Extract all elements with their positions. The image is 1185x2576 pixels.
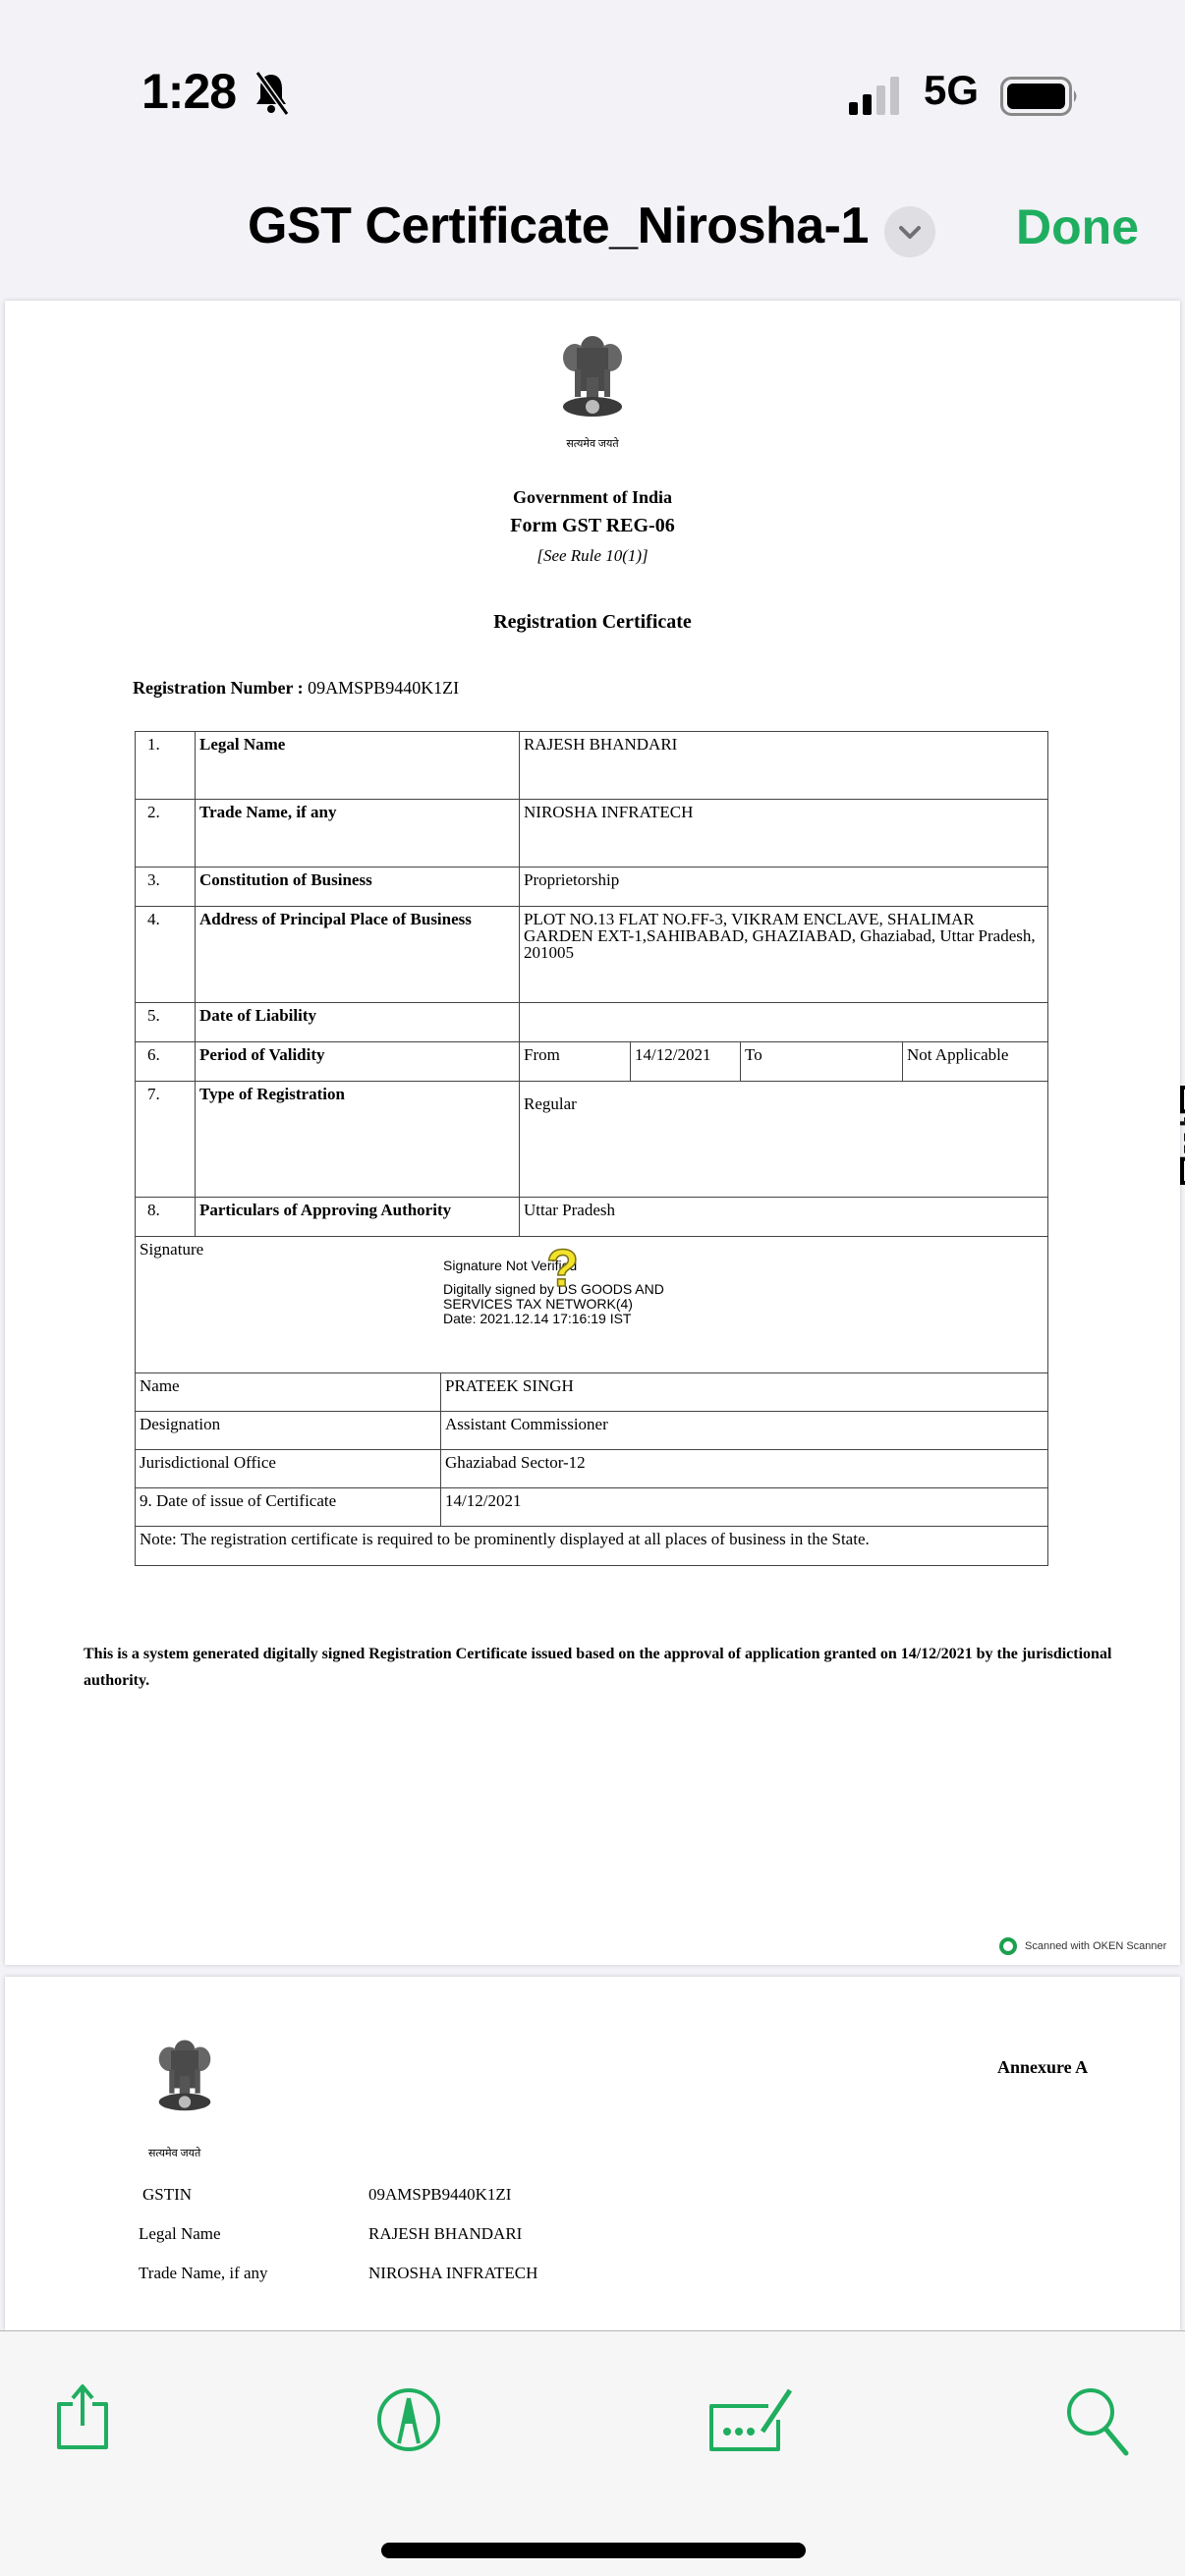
emblem-motto: सत्यमेव जयते	[148, 2146, 200, 2160]
row-label: Type of Registration	[196, 1082, 520, 1198]
national-emblem-icon	[150, 2034, 219, 2122]
table-row: 3. Constitution of Business Proprietorsh…	[136, 868, 1048, 907]
table-row: Note: The registration certificate is re…	[136, 1527, 1048, 1566]
trade-name-value: NIROSHA INFRATECH	[520, 800, 1048, 868]
table-row: Designation Assistant Commissioner	[136, 1412, 1048, 1450]
legal-name-value: RAJESH BHANDARI	[368, 2224, 522, 2244]
row-number: 6.	[136, 1042, 196, 1082]
validity-to-label: To	[741, 1042, 903, 1082]
row-label: Address of Principal Place of Business	[196, 907, 520, 1003]
system-generated-note: This is a system generated digitally sig…	[84, 1641, 1115, 1694]
row-number: 1.	[136, 732, 196, 800]
row-label: Date of Liability	[196, 1003, 520, 1042]
registration-type-value: Regular	[524, 1086, 1044, 1112]
trade-name-label: Trade Name, if any	[139, 2264, 268, 2283]
chevron-down-icon	[898, 222, 922, 242]
pdf-page-2[interactable]: सत्यमेव जयते Annexure A GSTIN 09AMSPB944…	[5, 1977, 1180, 2330]
signature-line-3: Date: 2021.12.14 17:16:19 IST	[443, 1312, 631, 1326]
table-row: 6. Period of Validity From 14/12/2021 To…	[136, 1042, 1048, 1082]
table-row: 7. Type of Registration Regular	[136, 1082, 1048, 1198]
trade-name-value: NIROSHA INFRATECH	[368, 2264, 537, 2283]
table-row: 4. Address of Principal Place of Busines…	[136, 907, 1048, 1003]
signature-row: Signature Signature Not Verified Digital…	[136, 1237, 1048, 1372]
row-number: 2.	[136, 800, 196, 868]
clock: 1:28	[141, 63, 236, 120]
title-menu-button[interactable]	[884, 206, 935, 257]
signature-line-2: SERVICES TAX NETWORK(4)	[443, 1297, 633, 1312]
row-number: 5.	[136, 1003, 196, 1042]
oken-scanner-logo-icon	[999, 1937, 1017, 1955]
gstin-label: GSTIN	[142, 2185, 192, 2205]
display-note: Note: The registration certificate is re…	[136, 1527, 1048, 1566]
rule-reference: [See Rule 10(1)]	[5, 546, 1180, 566]
validity-to-value: Not Applicable	[903, 1042, 1048, 1082]
signature-icon[interactable]	[705, 2386, 800, 2453]
share-icon[interactable]	[51, 2380, 114, 2451]
government-heading: Government of India	[5, 487, 1180, 508]
validity-from-value: 14/12/2021	[631, 1042, 741, 1082]
table-row: 2. Trade Name, if any NIROSHA INFRATECH	[136, 800, 1048, 868]
registration-type-cell: Regular	[520, 1082, 1048, 1198]
officer-table: Name PRATEEK SINGH Designation Assistant…	[135, 1373, 1048, 1567]
officer-label: 9. Date of issue of Certificate	[136, 1488, 441, 1527]
row-label: Constitution of Business	[196, 868, 520, 907]
officer-label: Jurisdictional Office	[136, 1450, 441, 1488]
signature-unverified-icon[interactable]: ?	[546, 1260, 579, 1277]
designation-value: Assistant Commissioner	[441, 1412, 1048, 1450]
markup-pen-icon[interactable]	[375, 2386, 442, 2453]
table-row: 8. Particulars of Approving Authority Ut…	[136, 1198, 1048, 1237]
officer-label: Name	[136, 1373, 441, 1412]
pdf-page-1[interactable]: सत्यमेव जयते Government of India Form GS…	[5, 301, 1180, 1965]
status-bar: 1:28 5G	[0, 0, 1185, 187]
qr-code-icon[interactable]	[1180, 1086, 1185, 1185]
constitution-value: Proprietorship	[520, 868, 1048, 907]
issue-date-value: 14/12/2021	[441, 1488, 1048, 1527]
legal-name-value: RAJESH BHANDARI	[520, 732, 1048, 800]
form-heading: Form GST REG-06	[5, 515, 1180, 537]
jurisdiction-value: Ghaziabad Sector-12	[441, 1450, 1048, 1488]
table-row: Jurisdictional Office Ghaziabad Sector-1…	[136, 1450, 1048, 1488]
legal-name-label: Legal Name	[139, 2224, 221, 2244]
national-emblem-icon	[553, 330, 632, 428]
registration-number-value: 09AMSPB9440K1ZI	[308, 678, 459, 698]
bottom-toolbar	[0, 2330, 1185, 2576]
address-value: PLOT NO.13 FLAT NO.FF-3, VIKRAM ENCLAVE,…	[520, 907, 1048, 1003]
row-label: Particulars of Approving Authority	[196, 1198, 520, 1237]
officer-name-value: PRATEEK SINGH	[441, 1373, 1048, 1412]
signature-cell: Signature Signature Not Verified Digital…	[136, 1237, 1048, 1372]
cellular-signal-icon	[849, 77, 908, 116]
certificate-table: 1. Legal Name RAJESH BHANDARI 2. Trade N…	[135, 731, 1048, 1566]
document-title[interactable]: GST Certificate_Nirosha-1	[248, 196, 869, 255]
row-label: Period of Validity	[196, 1042, 520, 1082]
registration-number-label: Registration Number :	[133, 678, 304, 698]
scanner-watermark-text: Scanned with OKEN Scanner	[1025, 1940, 1166, 1952]
row-label: Trade Name, if any	[196, 800, 520, 868]
network-type: 5G	[924, 67, 979, 114]
registration-number: Registration Number : 09AMSPB9440K1ZI	[133, 678, 459, 699]
bell-slash-icon	[252, 71, 291, 116]
row-number: 7.	[136, 1082, 196, 1198]
validity-from-label: From	[520, 1042, 631, 1082]
officer-label: Designation	[136, 1412, 441, 1450]
gstin-value: 09AMSPB9440K1ZI	[368, 2185, 511, 2205]
table-row: Name PRATEEK SINGH	[136, 1373, 1048, 1412]
row-number: 4.	[136, 907, 196, 1003]
emblem-motto: सत्यमेव जयते	[5, 436, 1180, 451]
done-button[interactable]: Done	[1016, 198, 1139, 255]
signature-label: Signature	[140, 1240, 203, 1259]
date-of-liability-value	[520, 1003, 1048, 1042]
approving-authority-value: Uttar Pradesh	[520, 1198, 1048, 1237]
battery-icon	[1000, 77, 1081, 116]
row-number: 3.	[136, 868, 196, 907]
scanner-watermark: Scanned with OKEN Scanner	[999, 1937, 1166, 1955]
table-row: 9. Date of issue of Certificate 14/12/20…	[136, 1488, 1048, 1527]
row-label: Legal Name	[196, 732, 520, 800]
home-indicator[interactable]	[381, 2543, 806, 2558]
annexure-heading: Annexure A	[997, 2057, 1088, 2078]
table-row: 1. Legal Name RAJESH BHANDARI	[136, 732, 1048, 800]
table-row: 5. Date of Liability	[136, 1003, 1048, 1042]
search-icon[interactable]	[1065, 2386, 1132, 2457]
row-number: 8.	[136, 1198, 196, 1237]
certificate-title: Registration Certificate	[5, 611, 1180, 634]
